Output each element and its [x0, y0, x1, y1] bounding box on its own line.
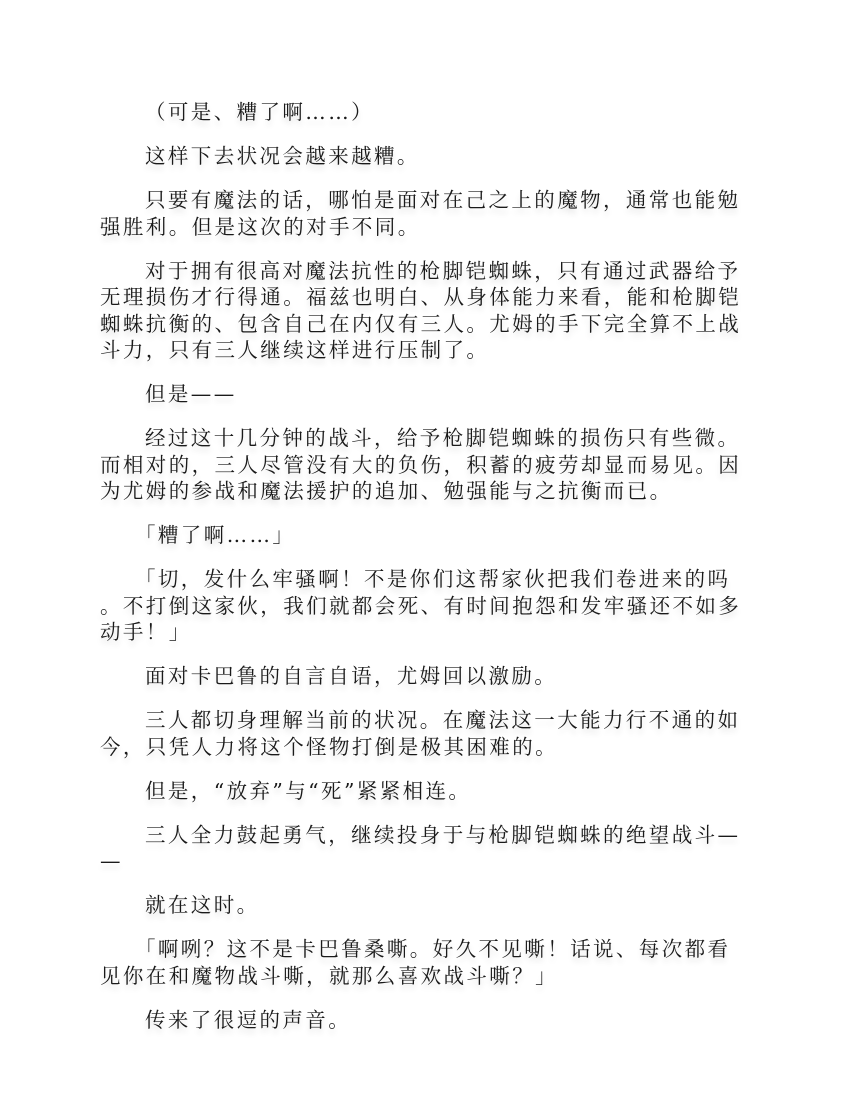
paragraph-narration: 经过这十几分钟的战斗，给予枪脚铠蜘蛛的损伤只有些微。而相对的，三人尽管没有大的负…	[100, 425, 748, 505]
paragraph-narration: 就在这时。	[100, 892, 748, 919]
paragraph-dialogue: 「糟了啊……」	[100, 522, 748, 549]
paragraph-narration: 但是——	[100, 381, 748, 408]
paragraph-narration: 对于拥有很高对魔法抗性的枪脚铠蜘蛛，只有通过武器给予无理损伤才行得通。福兹也明白…	[100, 258, 748, 364]
paragraph-dialogue: 「啊咧？这不是卡巴鲁桑嘶。好久不见嘶！话说、每次都看见你在和魔物战斗嘶，就那么喜…	[100, 936, 748, 989]
paragraph-narration: 只要有魔法的话，哪怕是面对在己之上的魔物，通常也能勉强胜利。但是这次的对手不同。	[100, 187, 748, 240]
paragraph-narration: 面对卡巴鲁的自言自语，尤姆回以激励。	[100, 663, 748, 690]
paragraph-thought: （可是、糟了啊……）	[100, 99, 748, 126]
paragraph-narration: 但是，“放弃”与“死”紧紧相连。	[100, 778, 748, 805]
document-page: （可是、糟了啊……） 这样下去状况会越来越糟。 只要有魔法的话，哪怕是面对在己之…	[100, 99, 748, 1051]
paragraph-narration: 三人都切身理解当前的状况。在魔法这一大能力行不通的如今，只凭人力将这个怪物打倒是…	[100, 707, 748, 760]
paragraph-dialogue: 「切，发什么牢骚啊！不是你们这帮家伙把我们卷进来的吗。不打倒这家伙，我们就都会死…	[100, 566, 748, 646]
paragraph-narration: 传来了很逗的声音。	[100, 1007, 748, 1034]
paragraph-narration: 这样下去状况会越来越糟。	[100, 143, 748, 170]
paragraph-narration: 三人全力鼓起勇气，继续投身于与枪脚铠蜘蛛的绝望战斗——	[100, 822, 748, 875]
